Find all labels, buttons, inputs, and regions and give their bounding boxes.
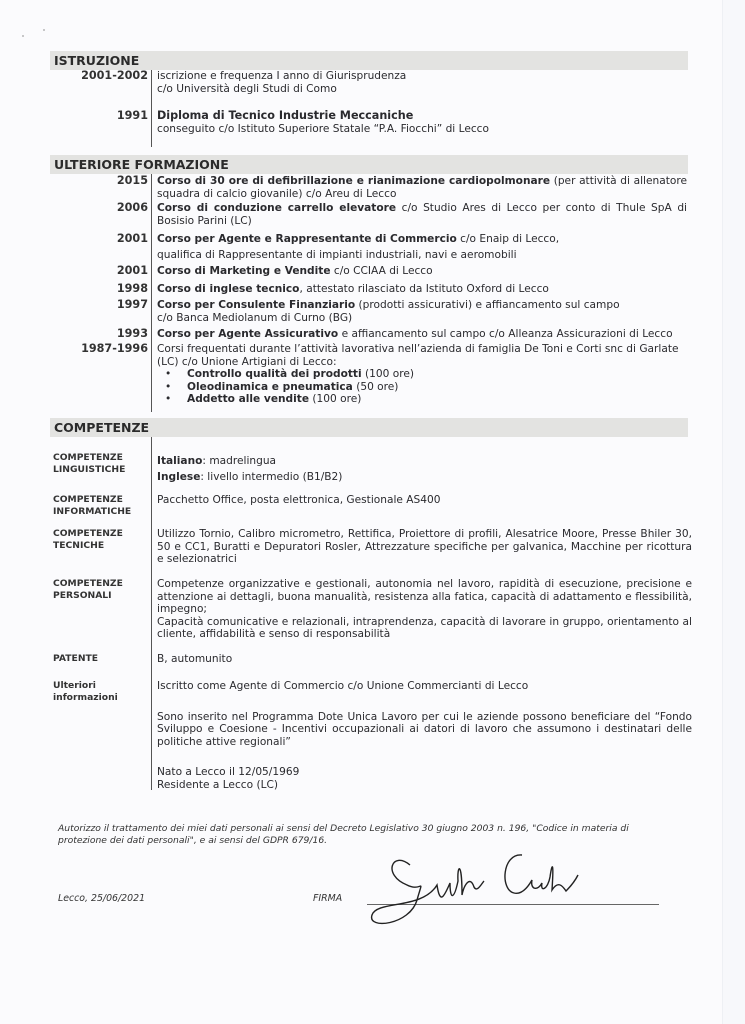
section-header-istruzione: ISTRUZIONE — [50, 51, 688, 70]
course-detail: c/o CCIAA di Lecco — [331, 265, 433, 277]
course-title: Oleodinamica e pneumatica — [187, 381, 353, 393]
divider-line — [151, 70, 152, 147]
skills-label: COMPETENZE INFORMATICHE — [53, 494, 145, 518]
entry-line: c/o Università degli Studi di Como — [157, 83, 687, 96]
section-header-competenze: COMPETENZE — [50, 418, 688, 437]
course-title: Corso per Agente Assicurativo — [157, 328, 338, 340]
skills-label: Ulteriori informazioni — [53, 680, 145, 704]
skills-text: Competenze organizzative e gestionali, a… — [157, 578, 692, 616]
entry-year: 1991 — [50, 110, 148, 123]
course-title: Corso di 30 ore di defibrillazione e ria… — [157, 175, 550, 187]
entry-year: 2015 — [50, 175, 148, 188]
entry-line: conseguito c/o Istituto Superiore Statal… — [157, 123, 687, 136]
course-list: Controllo qualità dei prodotti (100 ore)… — [157, 368, 687, 406]
residence-info: Residente a Lecco (LC) — [157, 779, 692, 792]
skills-label: COMPETENZE PERSONALI — [53, 578, 145, 602]
divider-line — [151, 437, 152, 790]
course-title: Corso di inglese tecnico — [157, 283, 299, 295]
list-item: Oleodinamica e pneumatica (50 ore) — [187, 381, 687, 394]
skills-text: B, automunito — [157, 653, 692, 666]
course-detail: (prodotti assicurativi) e affiancamento … — [355, 299, 619, 311]
birth-info: Nato a Lecco il 12/05/1969 — [157, 766, 692, 779]
course-detail: c/o Banca Mediolanum di Curno (BG) — [157, 312, 687, 325]
entry-year: 2001 — [50, 265, 148, 278]
entry-year: 2001-2002 — [50, 70, 148, 83]
skills-text: Utilizzo Tornio, Calibro micrometro, Ret… — [157, 528, 692, 566]
language-level: : livello intermedio (B1/B2) — [200, 471, 342, 483]
course-title: Corso di Marketing e Vendite — [157, 265, 331, 277]
course-hours: (50 ore) — [353, 381, 399, 393]
skills-label: PATENTE — [53, 653, 145, 665]
course-title: Corso per Consulente Finanziario — [157, 299, 355, 311]
list-item: Addetto alle vendite (100 ore) — [187, 393, 687, 406]
language-name: Inglese — [157, 471, 200, 483]
divider-line — [151, 174, 152, 412]
scan-speck — [43, 29, 45, 31]
entry-year: 1998 — [50, 283, 148, 296]
entry-year: 1987-1996 — [50, 343, 148, 356]
course-hours: (100 ore) — [362, 368, 414, 380]
course-hours: (100 ore) — [309, 393, 361, 405]
cv-page: ISTRUZIONE 2001-2002 iscrizione e freque… — [0, 0, 723, 1024]
place-date: Lecco, 25/06/2021 — [58, 893, 145, 904]
entry-line: iscrizione e frequenza I anno di Giurisp… — [157, 70, 687, 83]
course-intro: Corsi frequentati durante l’attività lav… — [157, 343, 687, 368]
skills-label: COMPETENZE LINGUISTICHE — [53, 452, 145, 476]
signature-label: FIRMA — [313, 893, 342, 904]
course-detail: e affiancamento sul campo c/o Alleanza A… — [338, 328, 672, 340]
course-title: Corso di conduzione carrello elevatore — [157, 202, 396, 214]
scan-speck — [22, 35, 24, 37]
list-item: Controllo qualità dei prodotti (100 ore) — [187, 368, 687, 381]
entry-title: Diploma di Tecnico Industrie Meccaniche — [157, 110, 687, 123]
section-header-formazione: ULTERIORE FORMAZIONE — [50, 155, 688, 174]
info-text: Sono inserito nel Programma Dote Unica L… — [157, 711, 692, 749]
course-title: Controllo qualità dei prodotti — [187, 368, 362, 380]
skills-text: Capacità comunicative e relazionali, int… — [157, 616, 692, 641]
privacy-consent: Autorizzo il trattamento dei miei dati p… — [58, 823, 678, 847]
language-level: : madrelingua — [202, 455, 276, 467]
skills-text: Pacchetto Office, posta elettronica, Ges… — [157, 494, 692, 507]
course-detail: qualifica di Rappresentante di impianti … — [157, 249, 687, 262]
skills-label: COMPETENZE TECNICHE — [53, 528, 145, 552]
entry-year: 1997 — [50, 299, 148, 312]
handwritten-signature — [362, 845, 602, 935]
entry-year: 2001 — [50, 233, 148, 246]
course-title: Addetto alle vendite — [187, 393, 309, 405]
course-detail: , attestato rilasciato da Istituto Oxfor… — [299, 283, 548, 295]
info-text: Iscritto come Agente di Commercio c/o Un… — [157, 680, 692, 693]
entry-year: 1993 — [50, 328, 148, 341]
entry-year: 2006 — [50, 202, 148, 215]
course-detail: c/o Enaip di Lecco, — [457, 233, 559, 245]
course-title: Corso per Agente e Rappresentante di Com… — [157, 233, 457, 245]
language-name: Italiano — [157, 455, 202, 467]
